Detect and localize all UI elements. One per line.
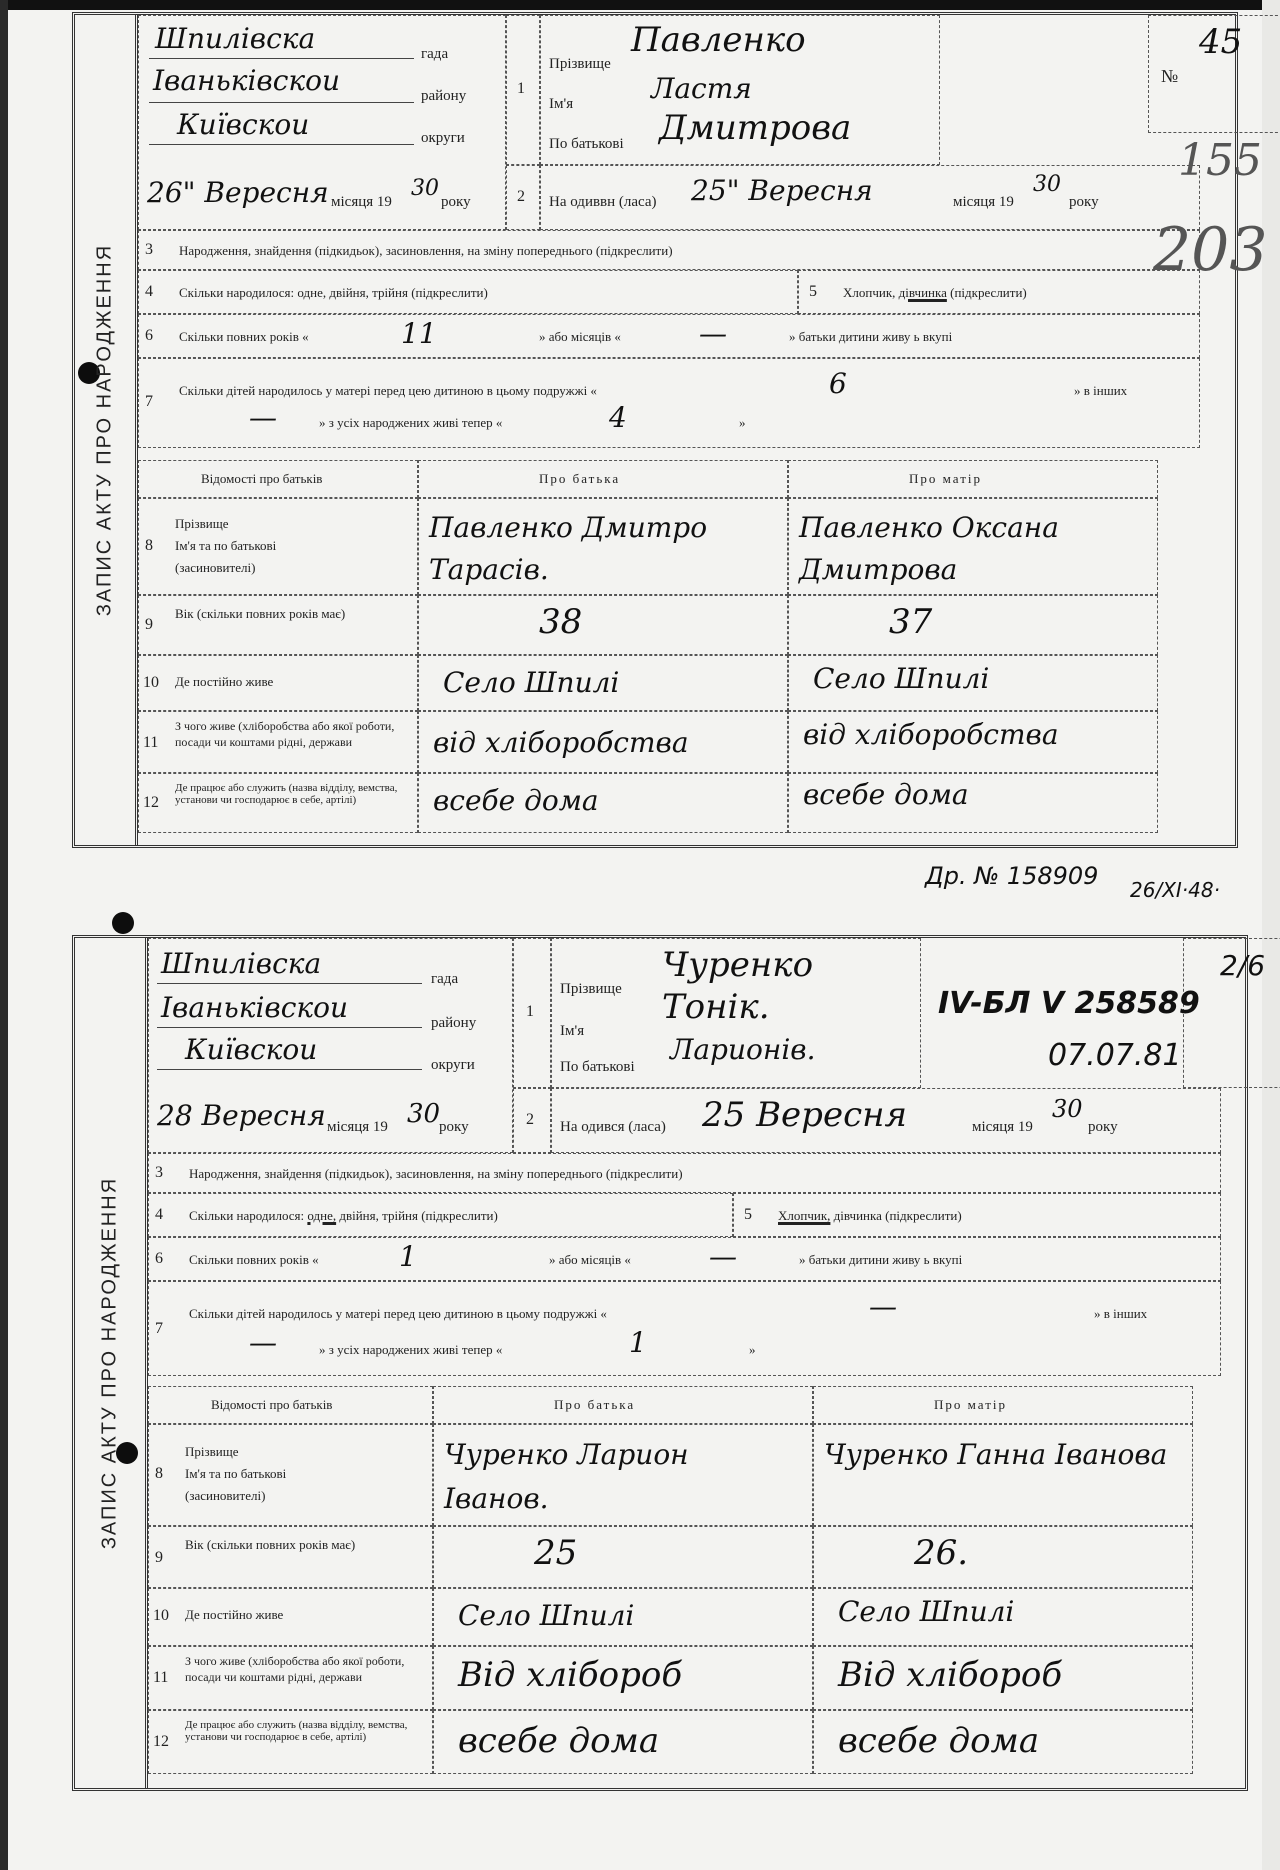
birth-date-block: На одився (ласа) 25 Вересня місяця 19 30… <box>551 1088 1221 1153</box>
parents-row-11: 11 З чого живе (хліборобства або якої ро… <box>148 1646 433 1710</box>
row-5: 5 Хлопчик, дівчинка (підкреслити) <box>733 1193 1221 1237</box>
name-label: Ім'я <box>549 96 573 113</box>
father-residence: Село Шпилі <box>443 666 619 699</box>
father-livelihood: Від хлібороб <box>458 1655 682 1695</box>
year-value: 30 <box>1052 1095 1083 1123</box>
scan-left-edge <box>0 0 8 1870</box>
parents-row-10: 10 Де постійно живе <box>148 1588 433 1646</box>
parents-header: Відомості про батьків <box>211 1397 332 1413</box>
father-header: Про батька <box>539 471 620 487</box>
record-number-value: 45 <box>1199 22 1242 62</box>
row-4: 4 Скільки народилося: одне, двійня, трій… <box>148 1193 733 1237</box>
section-number: 2 <box>517 188 525 206</box>
parents-row-11: 11 З чого живе (хліборобства або якої ро… <box>138 711 418 773</box>
mother-workplace: всебе дома <box>838 1721 1039 1761</box>
row-5: 5 Хлопчик, дівчинка (підкреслити) <box>798 270 1200 314</box>
village-label: гада <box>421 46 448 63</box>
mother-header: Про матір <box>934 1397 1007 1413</box>
row-3: 3 Народження, знайдення (підкидьок), зас… <box>148 1153 1221 1193</box>
scan-top-edge <box>0 0 1280 10</box>
row-6: 6 Скільки повних років « 1 » або місяців… <box>148 1237 1221 1281</box>
children-this-marriage-value: 6 <box>829 367 847 400</box>
year-label: року <box>441 194 471 211</box>
section-number: 1 <box>517 80 525 98</box>
father-workplace: всебе дома <box>433 784 599 817</box>
row-3: 3 Народження, знайдення (підкидьок), зас… <box>138 230 1200 270</box>
birth-date-label: На одиввн (ласа) <box>549 194 657 211</box>
issue-date: 07.07.81 <box>1048 1038 1182 1073</box>
okrug-value: Київскои <box>185 1033 317 1066</box>
surname-value: Чуренко <box>662 945 813 985</box>
row-7: 7 Скільки дітей народилось у матері пере… <box>148 1281 1221 1376</box>
name-value: Ластя <box>651 72 752 105</box>
year-value: 30 <box>407 1099 440 1129</box>
year-label: року <box>1088 1119 1118 1136</box>
mother-name: Павленко Оксана Дмитрова <box>799 507 1139 591</box>
children-alive-value: 1 <box>629 1326 647 1359</box>
age-years-value: 11 <box>401 317 437 350</box>
children-alive-value: 4 <box>609 401 627 434</box>
birth-count-selected: одне, <box>307 1208 336 1223</box>
district-value: Іваньківскои <box>153 64 340 97</box>
age-years-value: 1 <box>399 1240 417 1273</box>
parents-row-8: 8 Прізвище Ім'я та по батькові (засинови… <box>148 1424 433 1526</box>
month-label: місяця 19 <box>327 1119 388 1136</box>
parents-row-8: 8 Прізвище Ім'я та по батькові (засинови… <box>138 498 418 595</box>
village-value: Шпилівска <box>161 947 321 980</box>
event-type-text: Народження, знайдення (підкидьок), засин… <box>179 243 673 259</box>
form-side-panel: ЗАПИС АКТУ ПРО НАРОДЖЕННЯ <box>75 15 138 845</box>
year-value: 30 <box>1033 172 1061 197</box>
village-label: гада <box>431 971 458 988</box>
form-side-panel: ЗАПИС АКТУ ПРО НАРОДЖЕННЯ <box>75 938 148 1788</box>
birth-record-form-1: ЗАПИС АКТУ ПРО НАРОДЖЕННЯ Шпилівска гада… <box>72 12 1238 848</box>
okrug-value: Київскои <box>177 108 309 141</box>
name-label: Ім'я <box>560 1023 584 1040</box>
document-number: IV-БЛ V 258589 <box>938 986 1200 1021</box>
mother-livelihood: від хліборобства <box>803 718 1059 751</box>
mother-livelihood: Від хлібороб <box>838 1655 1062 1695</box>
district-label: району <box>421 88 466 105</box>
event-type-text: Народження, знайдення (підкидьок), засин… <box>189 1166 683 1182</box>
month-label: місяця 19 <box>331 194 392 211</box>
sex-selected: Хлопчик, <box>778 1208 830 1223</box>
father-livelihood: від хліборобства <box>433 726 689 759</box>
birth-count-text: Скільки народилося: одне, двійня, трійня… <box>179 285 488 301</box>
father-header: Про батька <box>554 1397 635 1413</box>
birth-date-value: 25" Вересня <box>691 174 873 207</box>
surname-label: Прізвище <box>560 981 622 998</box>
father-residence: Село Шпилі <box>458 1599 634 1632</box>
sex-selected: дівчинка <box>899 285 947 300</box>
okrug-label: округи <box>431 1057 475 1074</box>
parents-row-10: 10 Де постійно живе <box>138 655 418 711</box>
month-label: місяця 19 <box>953 194 1014 211</box>
village-value: Шпилівска <box>155 22 315 55</box>
row-4: 4 Скільки народилося: одне, двійня, трій… <box>138 270 798 314</box>
section-number: 1 <box>526 1003 534 1021</box>
children-this-marriage-value: — <box>869 1290 897 1323</box>
reference-note: Др. № 158909 <box>925 862 1098 890</box>
birth-date-label: На одився (ласа) <box>560 1119 666 1136</box>
parents-row-9: 9 Вік (скільки повних років має) <box>148 1526 433 1588</box>
record-number-label: № <box>1161 66 1178 87</box>
children-other-value: — <box>249 1326 277 1359</box>
patronymic-label: По батькові <box>560 1059 635 1076</box>
form-side-title: ЗАПИС АКТУ ПРО НАРОДЖЕННЯ <box>99 1177 122 1549</box>
row-7: 7 Скільки дітей народилось у матері пере… <box>138 358 1200 448</box>
father-name: Чуренко Ларион Іванов. <box>444 1433 794 1521</box>
record-number-box: № 45 <box>1148 15 1280 133</box>
child-name-block: Прізвище Павленко Ім'я Ластя По батькові… <box>540 15 940 165</box>
margin-note: 155 <box>1178 135 1262 186</box>
form-side-title: ЗАПИС АКТУ ПРО НАРОДЖЕННЯ <box>94 244 117 616</box>
patronymic-value: Ларионів. <box>670 1033 815 1066</box>
mother-residence: Село Шпилі <box>838 1595 1014 1628</box>
surname-label: Прізвище <box>549 56 611 73</box>
birth-date-block: На одиввн (ласа) 25" Вересня місяця 19 3… <box>540 165 1200 230</box>
row-6: 6 Скільки повних років « 11 » або місяці… <box>138 314 1200 358</box>
age-months-value: — <box>709 1240 737 1273</box>
mother-header: Про матір <box>909 471 982 487</box>
mother-age: 37 <box>889 602 932 642</box>
record-date-value: 28 Вересня <box>157 1099 326 1132</box>
parents-row-12: 12 Де працює або служить (назва відділу,… <box>138 773 418 833</box>
surname-value: Павленко <box>631 20 806 60</box>
fraction-note: 2/6 <box>1220 949 1265 982</box>
child-name-block: Прізвище Чуренко Ім'я Тонік. По батькові… <box>551 938 921 1088</box>
district-value: Іваньківскои <box>161 991 348 1024</box>
mother-workplace: всебе дома <box>803 778 969 811</box>
mother-age: 26. <box>914 1533 968 1573</box>
age-months-value: — <box>699 317 727 350</box>
father-age: 38 <box>539 602 582 642</box>
okrug-label: округи <box>421 130 465 147</box>
mother-name: Чуренко Ганна Іванова <box>824 1433 1174 1477</box>
punch-hole <box>112 912 134 934</box>
birth-date-value: 25 Вересня <box>702 1095 907 1135</box>
father-workplace: всебе дома <box>458 1721 659 1761</box>
mother-residence: Село Шпилі <box>813 662 989 695</box>
parents-header: Відомості про батьків <box>201 471 322 487</box>
year-value: 30 <box>411 176 439 201</box>
parents-row-9: 9 Вік (скільки повних років має) <box>138 595 418 655</box>
father-name: Павленко Дмитро Тарасів. <box>429 507 769 591</box>
parents-row-12: 12 Де працює або служить (назва відділу,… <box>148 1710 433 1774</box>
patronymic-label: По батькові <box>549 136 624 153</box>
birth-record-form-2: ЗАПИС АКТУ ПРО НАРОДЖЕННЯ Шпилівска гада… <box>72 935 1248 1791</box>
record-date-value: 26" Вересня <box>147 176 329 209</box>
month-label: місяця 19 <box>972 1119 1033 1136</box>
location-block: Шпилівска гада Іваньківскои району Київс… <box>148 938 513 1153</box>
section-number: 2 <box>526 1111 534 1129</box>
date-note: 26/XI·48· <box>1130 878 1220 902</box>
year-label: року <box>1069 194 1099 211</box>
patronymic-value: Дмитрова <box>659 108 851 148</box>
district-label: району <box>431 1015 476 1032</box>
children-other-value: — <box>249 401 277 434</box>
father-age: 25 <box>534 1533 577 1573</box>
location-block: Шпилівска гада Іваньківскои району Київс… <box>138 15 506 230</box>
year-label: року <box>439 1119 469 1136</box>
name-value: Тонік. <box>662 987 770 1027</box>
